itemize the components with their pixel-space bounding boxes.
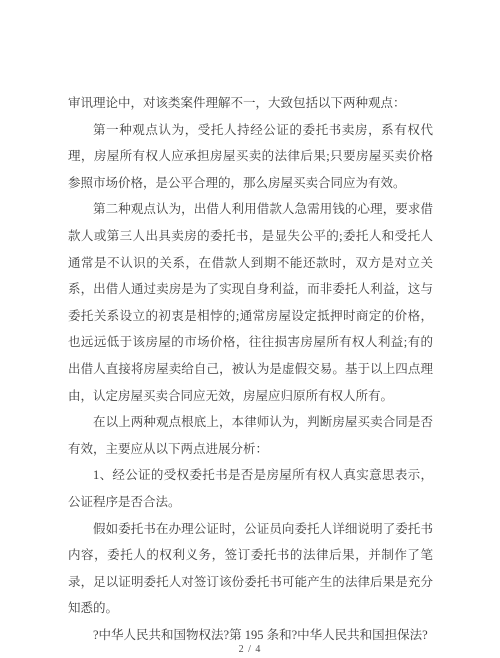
paragraph: 在以上两种观点根底上，本律师认为，判断房屋买卖合同是否有效，主要应从以下两点进展… (68, 409, 433, 462)
document-body: 审讯理论中，对该类案件理解不一，大致包括以下两种观点：第一种观点认为，受托人持经… (68, 90, 433, 648)
paragraph: 1、经公证的受权委托书是否是房屋所有权人真实意思表示，公证程序是否合法。 (68, 462, 433, 515)
paragraph: 第一种观点认为，受托人持经公证的委托书卖房，系有权代理，房屋所有权人应承担房屋买… (68, 117, 433, 197)
document-page: 审讯理论中，对该类案件理解不一，大致包括以下两种观点：第一种观点认为，受托人持经… (0, 0, 500, 658)
page-number-indicator: 2 / 4 (0, 644, 500, 655)
paragraph: 假如委托书在办理公证时，公证员向委托人详细说明了委托书内容，委托人的权利义务，签… (68, 516, 433, 622)
paragraph: 第二种观点认为，出借人利用借款人急需用钱的心理，要求借款人或第三人出具卖房的委托… (68, 196, 433, 409)
paragraph: 审讯理论中，对该类案件理解不一，大致包括以下两种观点： (68, 90, 433, 117)
